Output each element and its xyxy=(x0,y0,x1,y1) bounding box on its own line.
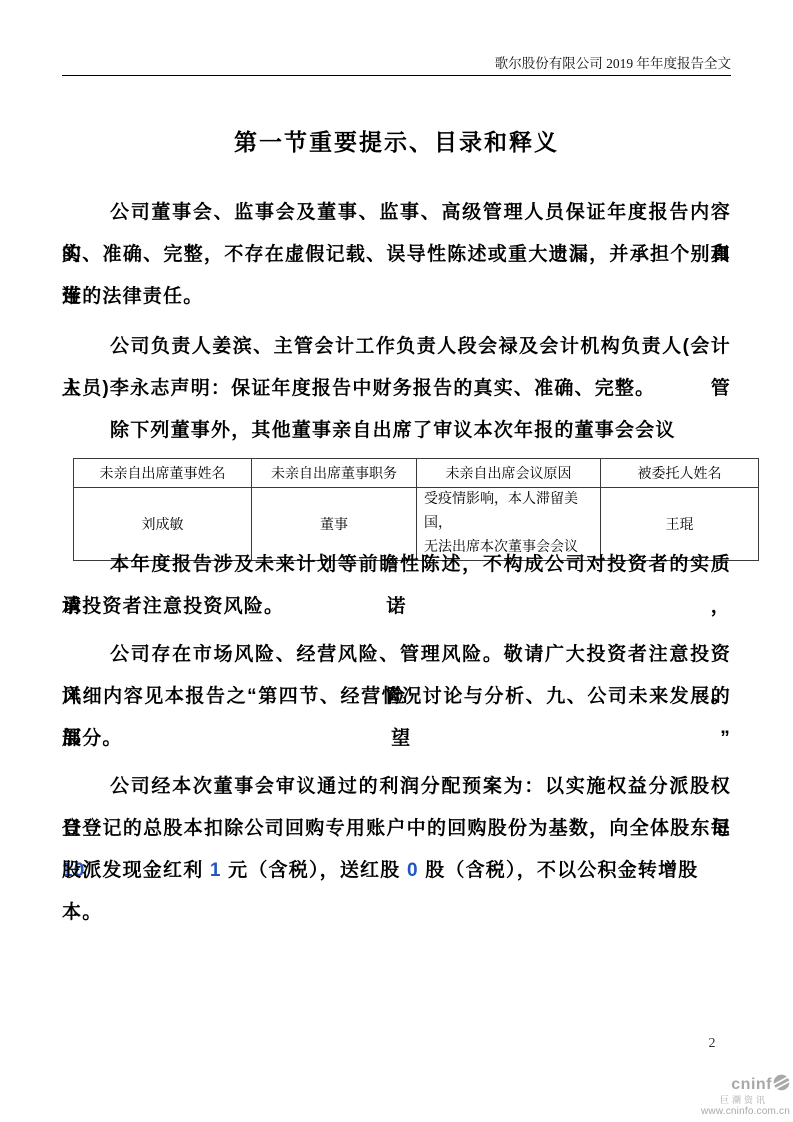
text-line: 实、准确、完整，不存在虚假记载、误导性陈述或重大遗漏，并承担个别和连 xyxy=(62,234,731,276)
table-header-cell: 未亲自出席会议原因 xyxy=(417,459,601,488)
text-line: 股派发现金红利 1 元（含税），送红股 0 股（含税），不以公积金转增股本。 xyxy=(62,850,731,892)
text-line: 公司存在市场风险、经营风险、管理风险。敬请广大投资者注意投资风险。 xyxy=(62,634,731,676)
watermark-cn-name: 巨潮资讯 xyxy=(694,1096,790,1105)
watermark-url: www.cninfo.com.cn xyxy=(694,1107,790,1117)
text-line: 本年度报告涉及未来计划等前瞻性陈述，不构成公司对投资者的实质承诺， xyxy=(62,544,731,586)
paragraph-board-guarantee: 公司董事会、监事会及董事、监事、高级管理人员保证年度报告内容的真 实、准确、完整… xyxy=(62,192,731,318)
text-segment: 人员)李永志声明：保证年度报告中财务报告的真实、准确、完整。 xyxy=(62,378,655,399)
text-segment: 股派发现金红利 xyxy=(62,860,210,881)
table-head: 未亲自出席董事姓名 未亲自出席董事职务 未亲自出席会议原因 被委托人姓名 xyxy=(74,459,759,488)
text-line: 公司经本次董事会审议通过的利润分配预案为：以实施权益分派股权登记 xyxy=(62,766,731,808)
cninfo-logo-icon xyxy=(773,1074,790,1095)
text-line: 公司负责人姜滨、主管会计工作负责人段会禄及会计机构负责人(会计主管 xyxy=(62,326,731,368)
text-segment: 带的法律责任。 xyxy=(62,286,203,307)
table-header-cell: 未亲自出席董事职务 xyxy=(252,459,417,488)
table-header-cell: 未亲自出席董事姓名 xyxy=(74,459,252,488)
page-header: 歌尔股份有限公司 2019 年年度报告全文 xyxy=(62,0,731,76)
section-title: 第一节重要提示、目录和释义 xyxy=(0,124,793,156)
text-line: 公司董事会、监事会及董事、监事、高级管理人员保证年度报告内容的真 xyxy=(62,192,731,234)
paragraph-forward-looking: 本年度报告涉及未来计划等前瞻性陈述，不构成公司对投资者的实质承诺， 请投资者注意… xyxy=(62,544,731,628)
page-number: 2 xyxy=(700,1036,724,1052)
watermark-brand-text: cninf xyxy=(731,1077,772,1093)
text-segment: 元（含税），送红股 xyxy=(222,860,407,881)
text-line: 带的法律责任。 xyxy=(62,276,731,318)
text-line: 详细内容见本报告之“第四节、经营情况讨论与分析、九、公司未来发展的展望” xyxy=(62,676,731,718)
paragraph-responsible-persons: 公司负责人姜滨、主管会计工作负责人段会禄及会计机构负责人(会计主管 人员)李永志… xyxy=(62,326,731,410)
paragraph-attendance-note: 除下列董事外，其他董事亲自出席了审议本次年报的董事会会议 xyxy=(62,410,731,452)
text-line: 人员)李永志声明：保证年度报告中财务报告的真实、准确、完整。 xyxy=(62,368,731,410)
header-doc-title: 歌尔股份有限公司 2019 年年度报告全文 xyxy=(495,56,731,71)
reason-line: 受疫情影响，本人滞留美国， xyxy=(424,488,596,536)
text-segment: 除下列董事外，其他董事亲自出席了审议本次年报的董事会会议 xyxy=(110,420,676,441)
table-header-row: 未亲自出席董事姓名 未亲自出席董事职务 未亲自出席会议原因 被委托人姓名 xyxy=(74,459,759,488)
text-segment: 日登记的总股本扣除公司回购专用账户中的回购股份为基数，向全体股东每 xyxy=(62,818,731,839)
text-segment: 详细内容见本报告之“第四节、经营情况讨论与分析、九、公司未来发展的展望” xyxy=(62,686,731,749)
text-segment: 请投资者注意投资风险。 xyxy=(62,596,284,617)
document-page: 歌尔股份有限公司 2019 年年度报告全文 第一节重要提示、目录和释义 公司董事… xyxy=(0,0,793,1122)
text-segment: 部分。 xyxy=(62,728,123,749)
paragraph-risk-warning: 公司存在市场风险、经营风险、管理风险。敬请广大投资者注意投资风险。 详细内容见本… xyxy=(62,634,731,760)
number-highlight: 0 xyxy=(407,860,419,881)
text-line: 除下列董事外，其他董事亲自出席了审议本次年报的董事会会议 xyxy=(62,410,731,452)
text-line: 日登记的总股本扣除公司回购专用账户中的回购股份为基数，向全体股东每 10 xyxy=(62,808,731,850)
table-header-cell: 被委托人姓名 xyxy=(601,459,759,488)
paragraph-dividend-plan: 公司经本次董事会审议通过的利润分配预案为：以实施权益分派股权登记 日登记的总股本… xyxy=(62,766,731,892)
watermark-brand-row: cninf xyxy=(694,1074,790,1095)
cninfo-watermark: cninf 巨潮资讯 www.cninfo.com.cn xyxy=(694,1074,790,1117)
number-highlight: 1 xyxy=(210,860,222,881)
